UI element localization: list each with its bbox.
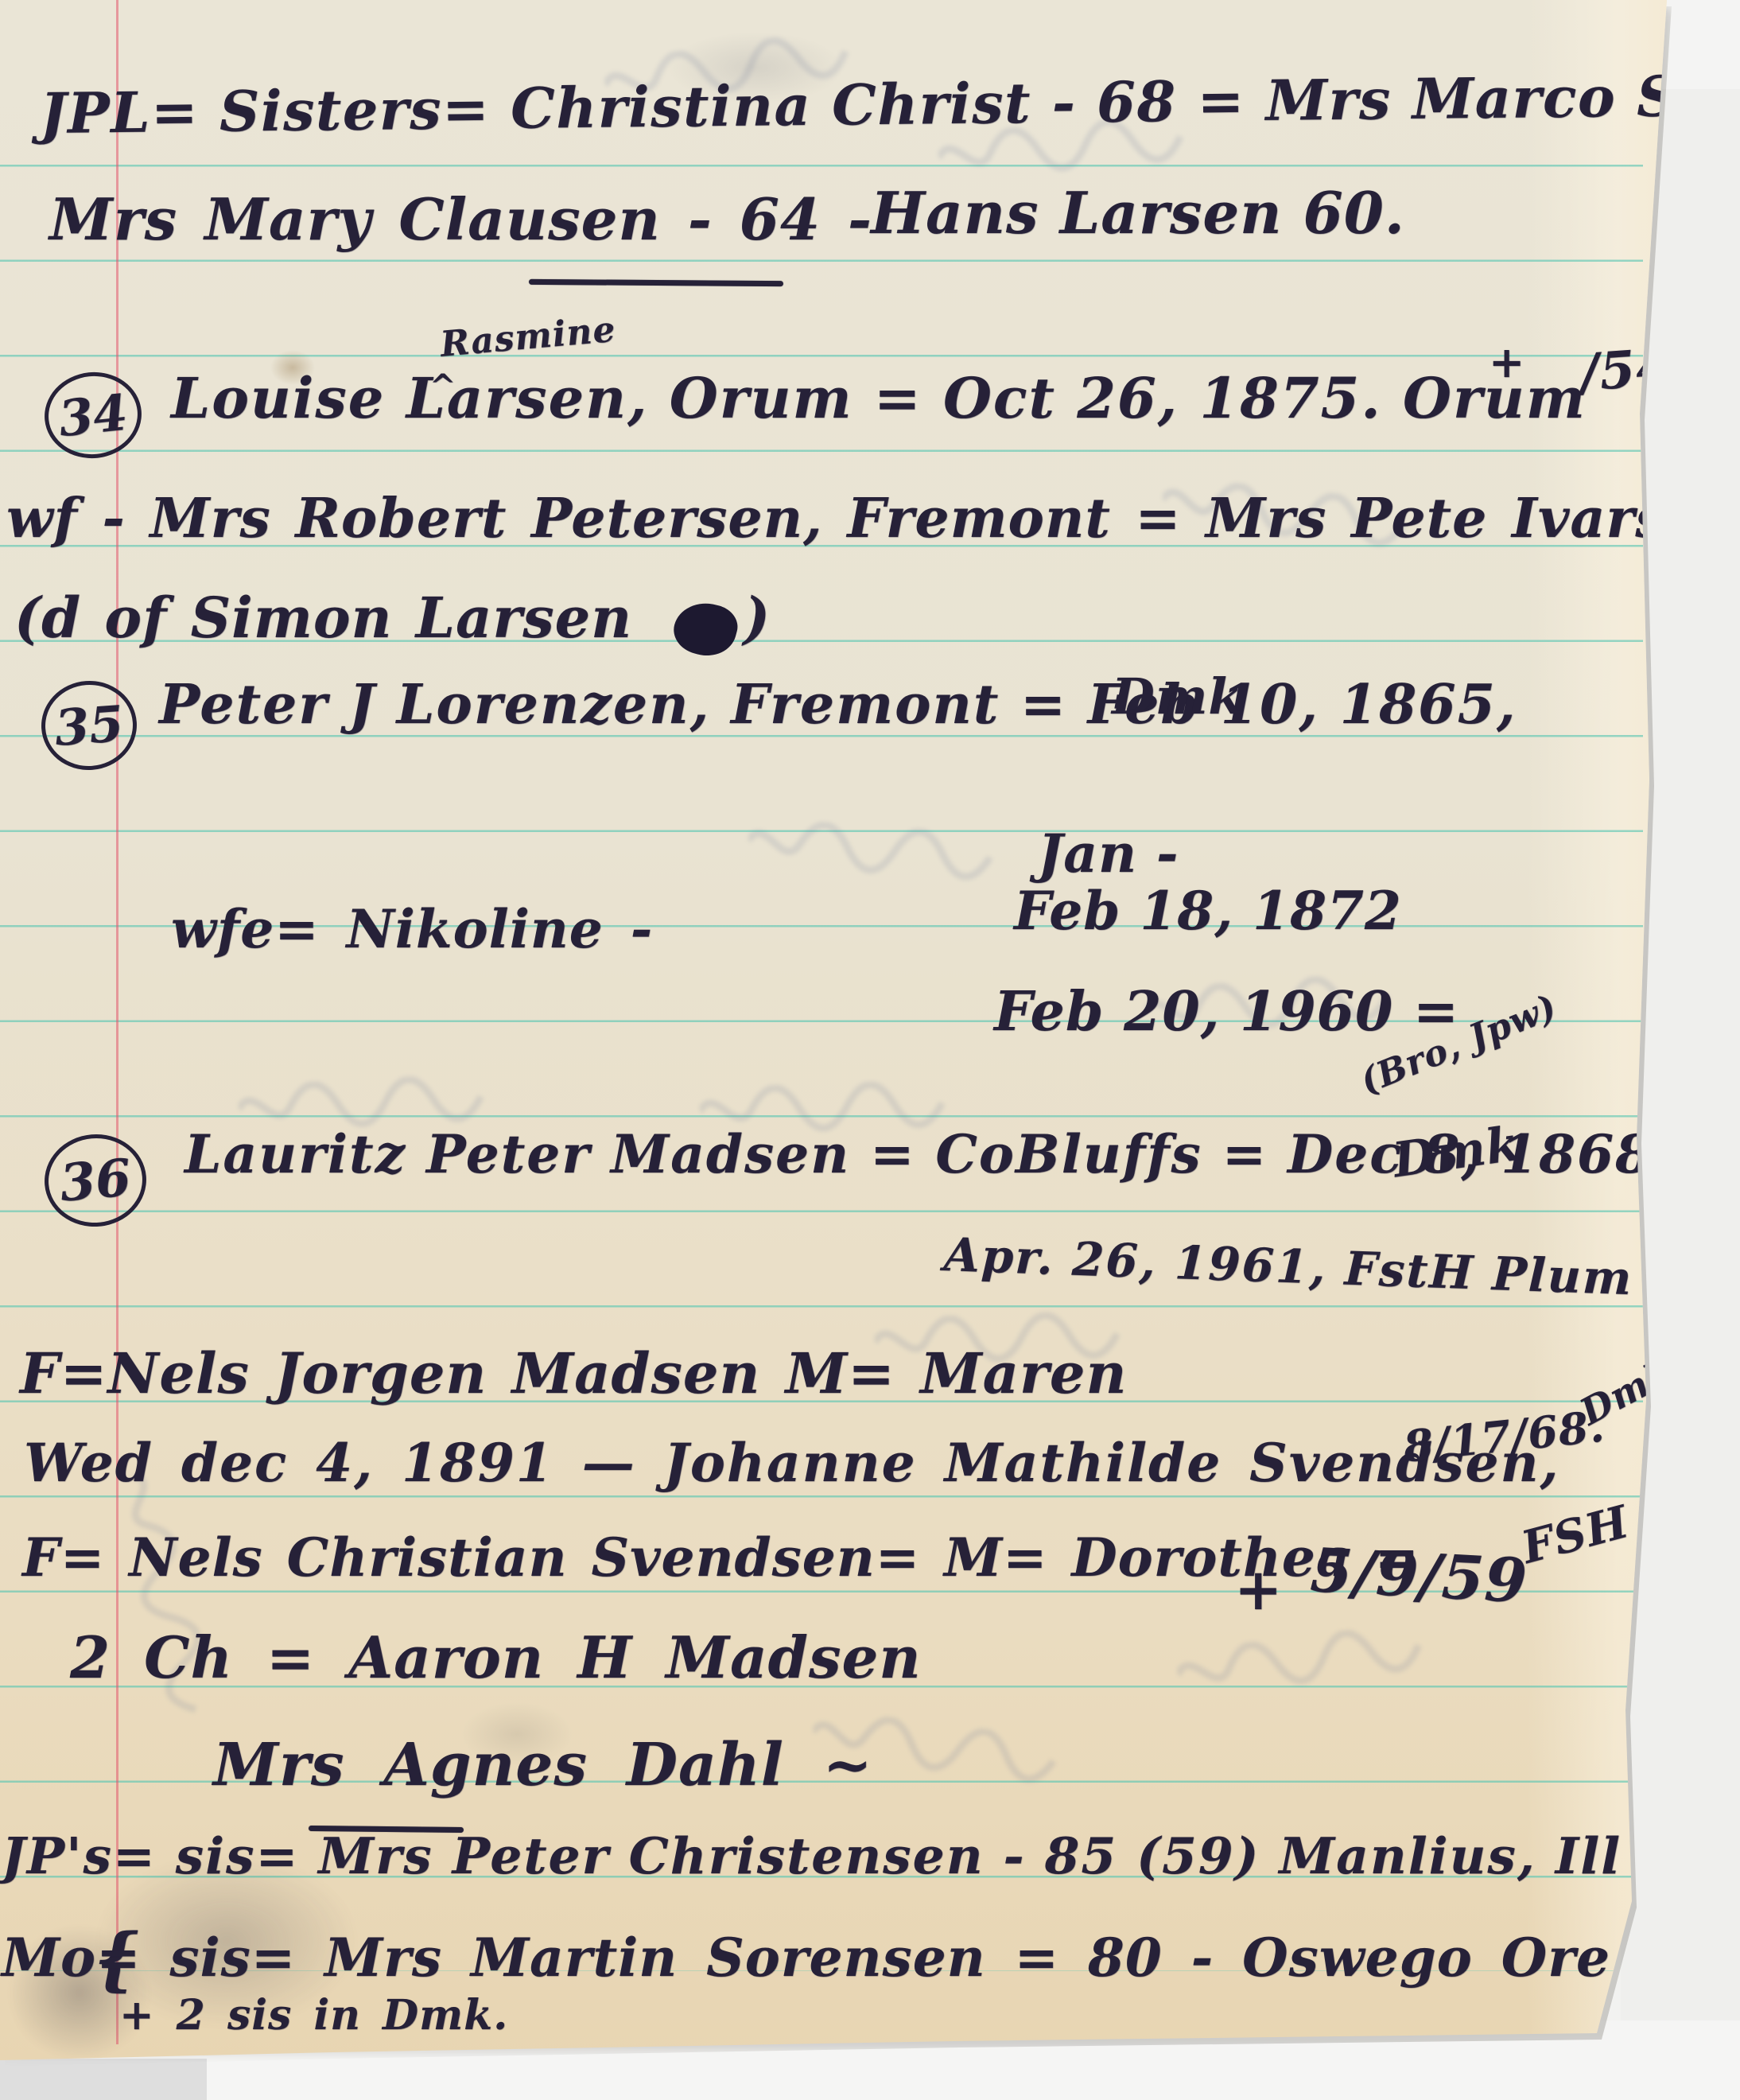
date-5-9-59: 5/9/59 <box>1309 1540 1529 1612</box>
handwritten-line-children-aaron: 2 Ch = Aaron H Madsen <box>70 1629 922 1686</box>
handwritten-line-jps-sister-christensen: JP's= sis= Mrs Peter Christensen - 85 (5… <box>2 1831 1663 1881</box>
handwritten-line-jpl-sisters: JPL= Sisters= Christina Christ - 68 = Mr… <box>40 66 1740 142</box>
scanner-background-strip <box>0 2059 207 2100</box>
handwritten-line-wed-1891-johanne: Wed dec 4, 1891 — Johanne Mathilde Svend… <box>24 1437 1559 1489</box>
handwritten-line-agnes-dahl: Mrs Agnes Dahl ~ <box>213 1736 873 1795</box>
scanned-notebook-page: JPL= Sisters= Christina Christ - 68 = Mr… <box>0 0 1740 2100</box>
date-feb-18-1872: Feb 18, 1872 <box>1014 885 1402 937</box>
red-margin-line <box>116 0 118 2044</box>
handwritten-line-mary-clausen: Mrs Mary Clausen - 64 - <box>49 191 872 248</box>
handwritten-entry-35-peter-lorenzen: Peter J Lorenzen, Fremont = Feb 10, 1865… <box>159 678 1517 732</box>
handwritten-line-wife-petersen-ivarsen: wf - Mrs Robert Petersen, Fremont = Mrs … <box>6 492 1740 546</box>
closing-paren: ) <box>744 590 771 646</box>
handwritten-line-svendsen-parents: F= Nels Christian Svendsen= M= Dorothea … <box>22 1531 1420 1584</box>
paper-sheet: JPL= Sisters= Christina Christ - 68 = Mr… <box>0 0 1676 2068</box>
handwritten-line-d-of-simon-larsen: (d of Simon Larsen <box>14 590 632 646</box>
paper-corner-notch <box>1662 0 1740 89</box>
date-jan: Jan - <box>1038 827 1179 880</box>
handwritten-line-wife-nikoline: wfe= Nikoline - <box>171 903 653 955</box>
handwritten-line-hans-larsen: Hans Larsen 60. <box>871 185 1405 242</box>
superscript-cross: + <box>1489 340 1525 383</box>
date-feb-20-1960: Feb 20, 1960 = <box>994 985 1459 1039</box>
cross-mark: + <box>1234 1561 1283 1618</box>
handwritten-entry-34-louise-larsen: Louise Larsen, Orum = Oct 26, 1875. Orum <box>171 371 1587 426</box>
country-dmk: Dmk <box>1112 672 1243 721</box>
handwritten-line-2-sis-in-dmk: + 2 sis in Dmk. <box>119 1995 508 2036</box>
handwritten-line-mo-sister-sorensen: Mo= sis= Mrs Martin Sorensen = 80 - Oswe… <box>2 1931 1610 1984</box>
handwritten-line-parents-madsen: F=Nels Jorgen Madsen M= Maren <box>20 1346 1127 1402</box>
